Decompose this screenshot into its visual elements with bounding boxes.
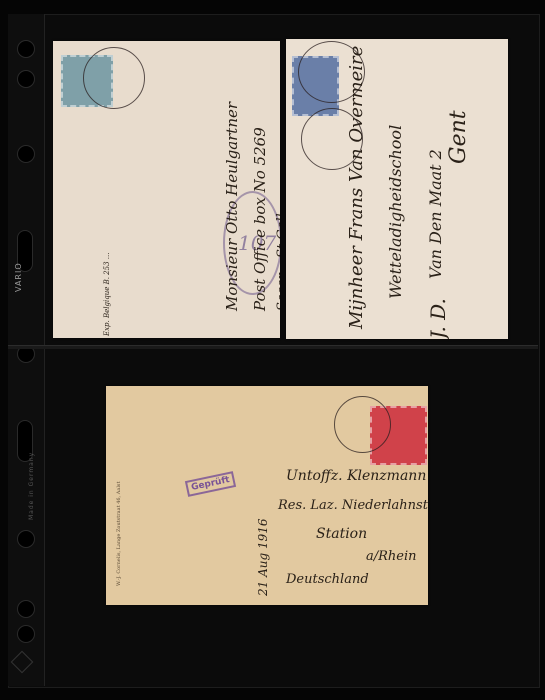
sender-note: Exp. Belgique B. 253 ... (103, 253, 111, 336)
binder-hole (17, 145, 35, 163)
address-line: Mijnheer Frans Van Overmeire (346, 46, 367, 329)
address-line: Untoffz. Klenzmann (286, 468, 426, 484)
address-line: Post Office box No 5269 (251, 127, 269, 311)
address-line: Wetteladigheidschool (386, 125, 405, 299)
binder-hole (17, 40, 35, 58)
address-line: Van Den Maat 2 (426, 149, 445, 279)
cover-2[interactable]: Mijnheer Frans Van Overmeire Wetteladigh… (286, 39, 508, 339)
made-label: Made in Germany (28, 452, 35, 520)
printer-imprint: W.-J. Cornelis, Lange Zoutstraat 46, Aal… (116, 481, 122, 586)
sender: J. D. (426, 298, 450, 339)
binder-hole (17, 625, 35, 643)
binder-hole (17, 600, 35, 618)
postmark (334, 396, 391, 453)
censor-box: Geprüft (185, 471, 236, 497)
address-line: Station (316, 526, 367, 542)
address-line: Gent (446, 110, 471, 164)
cover-3[interactable]: Geprüft W.-J. Cornelis, Lange Zoutstraat… (106, 386, 428, 605)
brand-label: VARIO (14, 262, 23, 292)
binder-hole (17, 70, 35, 88)
cover-1[interactable]: 107 Monsieur Otto Heulgartner Post Offic… (53, 41, 280, 338)
pocket-divider (8, 345, 538, 349)
postmark (83, 47, 145, 109)
address-line: a/Rhein (366, 549, 417, 564)
address-line: Deutschland (286, 572, 369, 587)
address-line: Res. Laz. Niederlahnstein (278, 498, 428, 513)
address-line: Sacer... St Gall (275, 213, 280, 311)
date-line: 21 Aug 1916 (256, 518, 270, 596)
address-line: Monsieur Otto Heulgartner (223, 102, 241, 311)
binder-hole (17, 530, 35, 548)
